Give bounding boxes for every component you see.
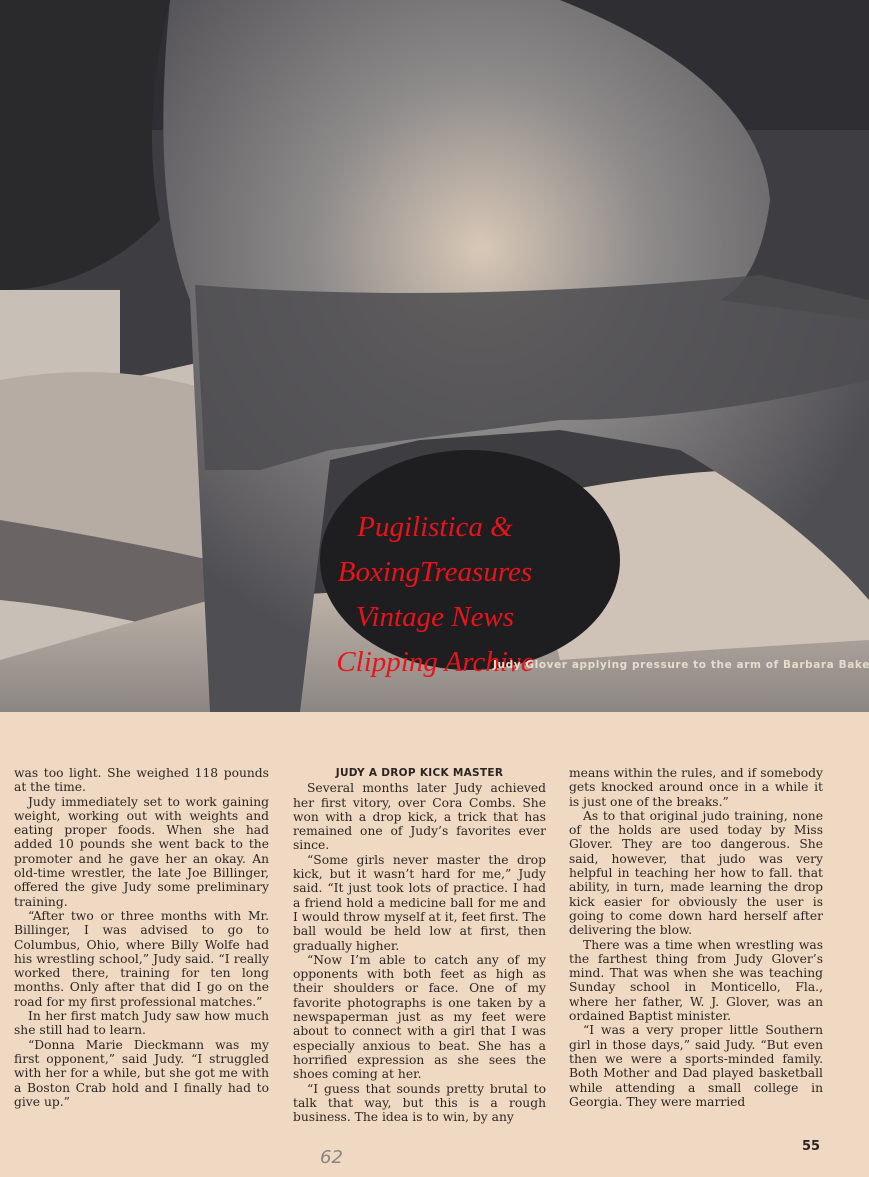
article-column-1: was too light. She weighed 118 pounds at…: [14, 766, 269, 1109]
paragraph: was too light. She weighed 118 pounds at…: [14, 766, 269, 795]
paragraph: “I was a very proper little Southern gir…: [569, 1023, 823, 1109]
paragraph: Several months later Judy achieved her f…: [293, 781, 546, 852]
wrestling-photo: Pugilistica & BoxingTreasures Vintage Ne…: [0, 0, 869, 712]
article-column-3: means within the rules, and if somebody …: [569, 766, 823, 1109]
paragraph: In her first match Judy saw how much she…: [14, 1009, 269, 1038]
paragraph: “Now I’m able to catch any of my opponen…: [293, 953, 546, 1082]
watermark-line: BoxingTreasures: [300, 550, 570, 595]
paragraph: “I guess that sounds pretty brutal to ta…: [293, 1082, 546, 1125]
paragraph: means within the rules, and if somebody …: [569, 766, 823, 809]
paragraph: “Donna Marie Dieckmann was my first oppo…: [14, 1038, 269, 1109]
section-heading: JUDY A DROP KICK MASTER: [293, 766, 546, 780]
paragraph: “After two or three months with Mr. Bill…: [14, 909, 269, 1009]
paragraph: There was a time when wrestling was the …: [569, 938, 823, 1024]
watermark-line: Pugilistica &: [300, 505, 570, 550]
paragraph: Judy immediately set to work gaining wei…: [14, 795, 269, 909]
article-column-2: JUDY A DROP KICK MASTER Several months l…: [293, 766, 546, 1124]
paragraph: As to that original judo training, none …: [569, 809, 823, 938]
page-number: 55: [802, 1139, 820, 1154]
paragraph: “Some girls never master the drop kick, …: [293, 853, 546, 953]
handwritten-number: 62: [320, 1147, 343, 1168]
photo-caption: Judy Glover applying pressure to the arm…: [493, 659, 869, 671]
archive-watermark: Pugilistica & BoxingTreasures Vintage Ne…: [300, 505, 570, 685]
watermark-line: Vintage News: [300, 595, 570, 640]
